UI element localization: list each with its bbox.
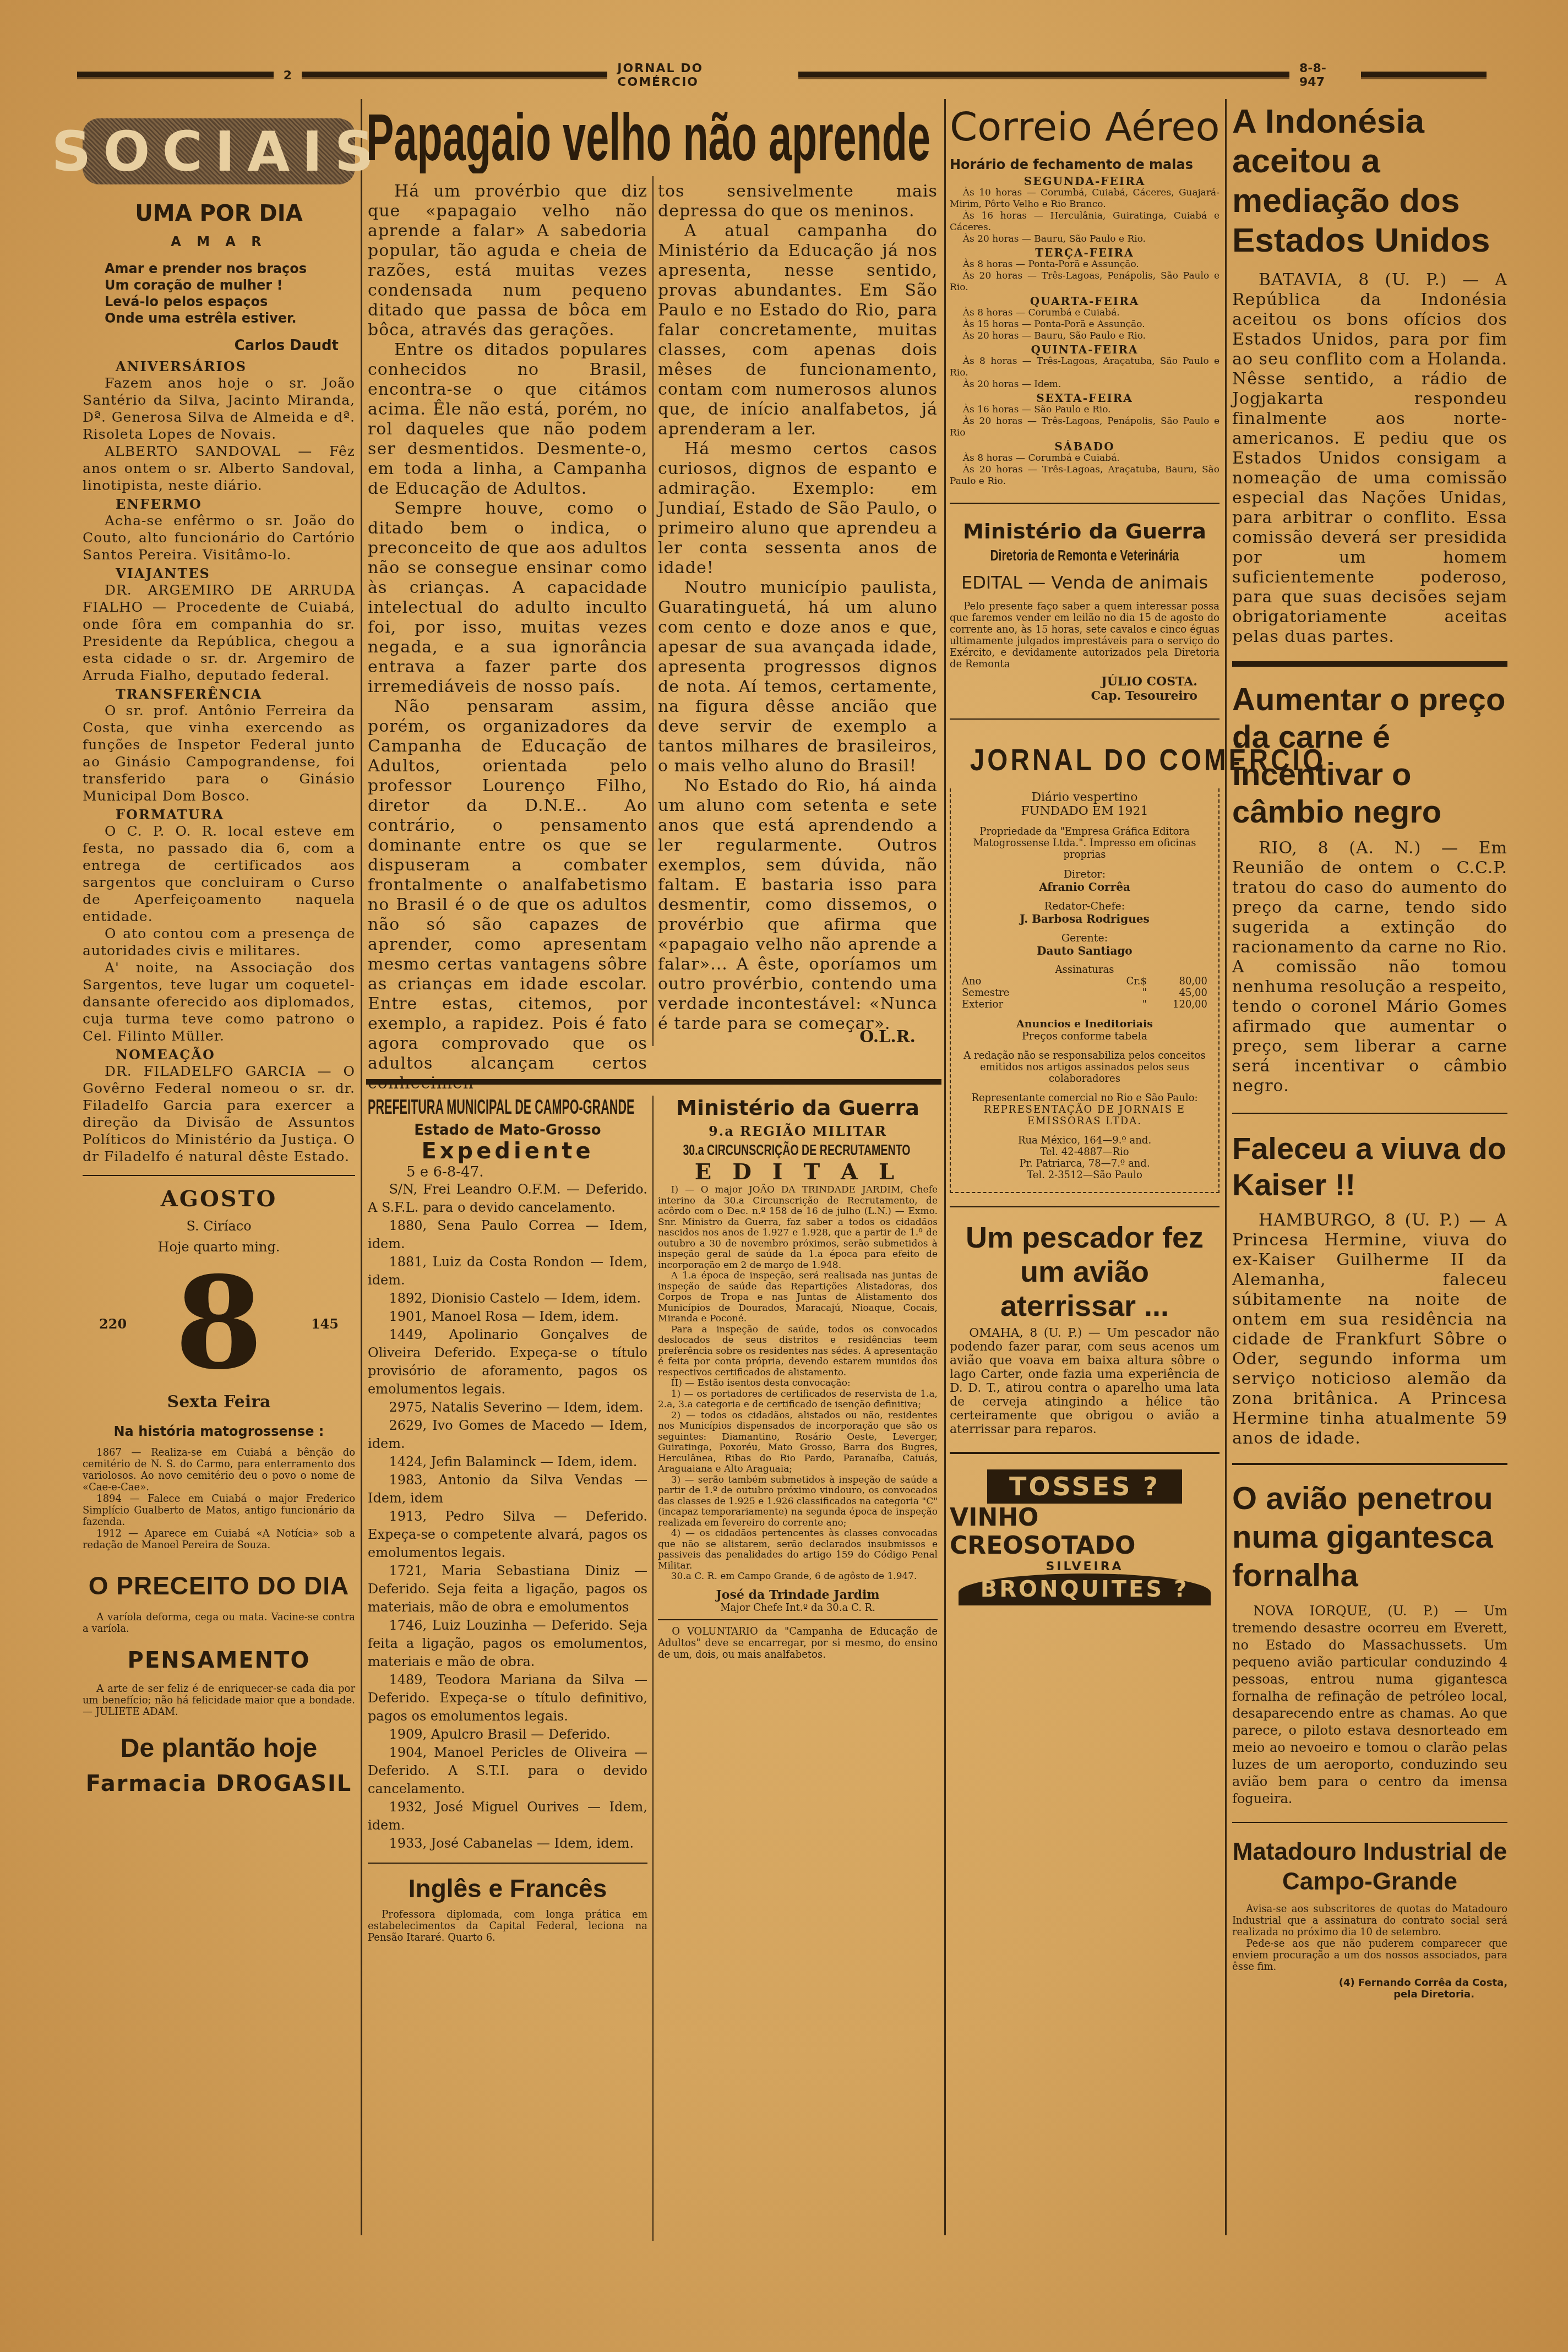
address-line: Rua México, 164—9.º and. [962, 1135, 1207, 1146]
subs-title: Assinaturas [962, 964, 1207, 976]
pensamento-body: A arte de ser feliz é de enriquecer-se c… [83, 1683, 355, 1718]
history-item: 1867 — Realiza-se em Cuiabá a bênção do … [83, 1447, 355, 1493]
section-heading: VIAJANTES [116, 565, 355, 581]
masthead-rule [77, 72, 274, 79]
column-rule [652, 176, 654, 1046]
subs-currency: " [1103, 987, 1147, 999]
calendar-right-num: 145 [311, 1316, 339, 1332]
calendar-saint: S. Ciríaco [83, 1218, 355, 1234]
remonta-text: Pelo presente faço saber a quem interess… [950, 601, 1219, 670]
disclaimer: A redação não se responsabiliza pelos co… [962, 1050, 1207, 1085]
subs-price: 45,00 [1147, 987, 1207, 999]
poem-author: Carlos Daudt [83, 337, 339, 354]
paragraph: II) — Estão isentos desta convocação: [658, 1378, 938, 1389]
paragraph: A 1.a época de inspeção, será realisada … [658, 1271, 938, 1325]
schedule-day: SEXTA-FEIRA [950, 393, 1219, 404]
expediente-founded: FUNDADO EM 1921 [962, 804, 1207, 818]
expediente-staff: Diretor:Afranio CorrêaRedator-Chefe:J. B… [962, 868, 1207, 957]
plantao-title: De plantão hoje [83, 1733, 355, 1763]
divider [950, 503, 1219, 504]
expediente-entry: 2629, Ivo Gomes de Macedo — Idem, idem. [368, 1417, 647, 1453]
recrutamento-circ: 30.a CIRCUNSCRIÇÃO DE RECRUTAMENTO [658, 1141, 935, 1159]
prefeitura-title: Expediente [368, 1139, 647, 1164]
expediente-entry: S/N, Frei Leandro O.F.M. — Deferido. A S… [368, 1180, 647, 1217]
pensamento-text: A arte de ser feliz é de enriquecer-se c… [83, 1683, 355, 1718]
address-line: Tel. 2-3512—São Paulo [962, 1169, 1207, 1181]
correio-schedule: SEGUNDA-FEIRAÀs 10 horas — Corumbá, Cuia… [950, 176, 1219, 487]
kaiser-headline: Faleceu a viuva do Kaiser !! [1232, 1130, 1507, 1203]
schedule-line: Às 8 horas — Corumbá e Cuiabá. [950, 307, 1219, 319]
divider [658, 1619, 938, 1620]
creosotado-ad: TOSSES ? VINHO CREOSOTADO SILVEIRA BRONQ… [950, 1469, 1219, 1605]
carne-body: RIO, 8 (A. N.) — Em Reunião de ontem o C… [1232, 839, 1507, 1096]
schedule-line: Às 20 horas — Três-Lagoas, Penápolis, Sã… [950, 270, 1219, 293]
expediente-entry: 1746, Luiz Louzinha — Deferido. Seja fei… [368, 1616, 647, 1671]
calendar-left-num: 220 [99, 1316, 127, 1332]
expediente-entry: 1721, Maria Sebastiana Diniz — Deferido.… [368, 1562, 647, 1616]
recrutamento-region: 9.a REGIÃO MILITAR [658, 1123, 938, 1139]
expediente-paper-title: JORNAL DO COMÉRCIO [970, 742, 1200, 777]
masthead: 2 JORNAL DO COMÉRCIO 8-8-947 [77, 67, 1487, 84]
subs-label: Exterior [962, 999, 1103, 1010]
section-body: DR. FILADELFO GARCIA — O Govêrno Federal… [83, 1063, 355, 1165]
expediente-entry: 1913, Pedro Silva — Deferido. Expeça-se … [368, 1507, 647, 1562]
prefeitura-section: PREFEITURA MUNICIPAL DE CAMPO-GRANDE Est… [368, 1096, 647, 1943]
expediente-box: Diário vespertino FUNDADO EM 1921 Propri… [950, 788, 1219, 1193]
schedule-line: Às 8 horas — Ponta-Porã e Assunção. [950, 259, 1219, 270]
pescador-headline: Um pescador fez um avião aterrissar ... [950, 1221, 1219, 1323]
divider [950, 718, 1219, 720]
section-heading: TRANSFERÊNCIA [116, 686, 355, 702]
remonta-signer-title: Cap. Tesoureiro [950, 689, 1197, 703]
paper-name: JORNAL DO COMÉRCIO [617, 62, 788, 89]
subs-price: 120,00 [1147, 999, 1207, 1010]
voluntario-body: O VOLUNTARIO da "Campanha de Educação de… [658, 1626, 938, 1660]
section-body: O C. P. O. R. local esteve em festa, no … [83, 823, 355, 1044]
papagaio-signature: O.L.R. [658, 1027, 938, 1047]
recrutamento-edital: E D I T A L [658, 1159, 938, 1185]
ads-title: Anuncios e Ineditoriais [962, 1018, 1207, 1030]
divider [1232, 1822, 1507, 1823]
recrutamento-signer: José da Trindade Jardim [658, 1588, 938, 1602]
page-number: 2 [284, 69, 292, 83]
ingles-title: Inglês e Francês [368, 1874, 647, 1903]
preceito-title: O PRECEITO DO DIA [83, 1571, 355, 1600]
aviao-headline: O avião penetrou numa gigantesca fornalh… [1232, 1479, 1507, 1595]
subs-row: Exterior"120,00 [962, 999, 1207, 1010]
paragraph: Sempre houve, como o ditado bem o indica… [368, 499, 647, 697]
schedule-line: Às 20 horas — Três-Lagoas, Araçatuba, Ba… [950, 464, 1219, 487]
matadouro-headline: Matadouro Industrial de Campo-Grande [1232, 1837, 1507, 1897]
column-rule [944, 99, 946, 2235]
divider [1232, 661, 1507, 667]
paragraph: A' noite, na Associação dos Sargentos, t… [83, 959, 355, 1044]
column-rule [361, 99, 362, 2235]
paragraph: I) — O major JOÃO DA TRINDADE JARDIM, Ch… [658, 1185, 938, 1271]
subs-price: 80,00 [1147, 976, 1207, 987]
ad-brand: VINHO CREOSOTADO [950, 1504, 1219, 1560]
paragraph: Para a inspeção de saúde, todos os convo… [658, 1325, 938, 1379]
paragraph: Acha-se enfêrmo o sr. João do Couto, alt… [83, 512, 355, 563]
expediente-entry: 2975, Natalis Severino — Idem, idem. [368, 1398, 647, 1417]
poem-line: Onde uma estrêla estiver. [105, 310, 355, 326]
recrutamento-signer-title: Major Chefe Int.º da 30.a C. R. [658, 1602, 938, 1614]
staff-name: J. Barbosa Rodrigues [962, 912, 1207, 925]
schedule-day: QUARTA-FEIRA [950, 296, 1219, 307]
right-column: A Indonésia aceitou a mediação dos Estad… [1232, 102, 1507, 2000]
divider [366, 1079, 941, 1085]
expediente-entry: 1449, Apolinario Gonçalves de Oliveira D… [368, 1326, 647, 1398]
subs-row: Semestre"45,00 [962, 987, 1207, 999]
sociais-banner: SOCIAIS [83, 118, 355, 184]
expediente-entry: 1904, Manoel Pericles de Oliveira — Defe… [368, 1744, 647, 1798]
section-heading: FORMATURA [116, 807, 355, 823]
remonta-edital: EDITAL — Venda de animais [950, 572, 1219, 593]
paragraph: DR. ARGEMIRO DE ARRUDA FIALHO — Proceden… [83, 581, 355, 684]
staff-role: Redator-Chefe: [962, 900, 1207, 912]
expediente-entry: 1880, Sena Paulo Correa — Idem, idem. [368, 1217, 647, 1253]
pescador-body: OMAHA, 8 (U. P.) — Um pescador não poden… [950, 1326, 1219, 1436]
paragraph: O C. P. O. R. local esteve em festa, no … [83, 823, 355, 925]
poem-line: Levá-lo pelos espaços [105, 293, 355, 310]
matadouro-text: Avisa-se aos subscritores de quotas do M… [1232, 1903, 1507, 1973]
remonta-signer: JÚLIO COSTA. [950, 674, 1197, 689]
schedule-line: Às 16 horas — São Paulo e Rio. [950, 404, 1219, 416]
correio-column: Correio Aéreo Horário de fechamento de m… [950, 102, 1219, 1605]
masthead-rule [302, 72, 607, 79]
papagaio-column-a: Há um provérbio que diz que «papagaio ve… [368, 182, 647, 1093]
paragraph: 2) — todos os cidadãos, alistados ou não… [658, 1411, 938, 1475]
calendar-weekday: Sexta Feira [83, 1392, 355, 1412]
kaiser-body: HAMBURGO, 8 (U. P.) — A Princesa Hermine… [1232, 1211, 1507, 1449]
paragraph: ALBERTO SANDOVAL — Fêz anos ontem o sr. … [83, 443, 355, 494]
divider [950, 1452, 1219, 1454]
matadouro-signer: (4) Fernando Corrêa da Costa, [1232, 1977, 1507, 1989]
history-item: 1894 — Falece em Cuiabá o major Frederic… [83, 1493, 355, 1528]
prefeitura-header: PREFEITURA MUNICIPAL DE CAMPO-GRANDE [368, 1096, 649, 1119]
prefeitura-state: Estado de Mato-Grosso [368, 1122, 647, 1139]
poem-title: UMA POR DIA [83, 201, 355, 226]
section-body: Acha-se enfêrmo o sr. João do Couto, alt… [83, 512, 355, 563]
staff-name: Afranio Corrêa [962, 880, 1207, 894]
expediente-entry: 1933, José Cabanelas — Idem, idem. [368, 1834, 647, 1853]
preceito-text: A varíola deforma, cega ou mata. Vacine-… [83, 1611, 355, 1635]
calendar-day-row: 220 8 145 [83, 1255, 355, 1392]
expediente-entry: 1892, Dionisio Castelo — Idem, idem. [368, 1289, 647, 1308]
history-list: 1867 — Realiza-se em Cuiabá a bênção do … [83, 1447, 355, 1551]
schedule-line: Às 20 horas — Bauru, São Paulo e Rio. [950, 233, 1219, 245]
divider [1232, 1463, 1507, 1465]
paragraph: Há um provérbio que diz que «papagaio ve… [368, 182, 647, 340]
ad-maker: SILVEIRA [1046, 1560, 1123, 1574]
subs-label: Semestre [962, 987, 1103, 999]
expediente-entry: 1983, Antonio da Silva Vendas — Idem, id… [368, 1471, 647, 1507]
schedule-line: Às 16 horas — Herculânia, Guiratinga, Cu… [950, 210, 1219, 233]
ingles-body: Professora diplomada, com longa prática … [368, 1909, 647, 1943]
schedule-day: QUINTA-FEIRA [950, 344, 1219, 356]
indonesia-headline: A Indonésia aceitou a mediação dos Estad… [1232, 102, 1507, 260]
paragraph: A atual campanha do Ministério da Educaç… [658, 221, 938, 439]
column-rule [1225, 99, 1227, 2235]
correio-subtitle: Horário de fechamento de malas [950, 157, 1219, 172]
recrutamento-ministry: Ministério da Guerra [658, 1096, 938, 1120]
expediente-entry: 1909, Apulcro Brasil — Deferido. [368, 1725, 647, 1744]
schedule-line: Às 8 horas — Corumbá e Cuiabá. [950, 453, 1219, 464]
ad-top: TOSSES ? [987, 1469, 1182, 1504]
schedule-day: SEGUNDA-FEIRA [950, 176, 1219, 187]
section-body: DR. ARGEMIRO DE ARRUDA FIALHO — Proceden… [83, 581, 355, 684]
schedule-line: Às 20 horas — Idem. [950, 379, 1219, 390]
section-body: Fazem anos hoje o sr. João Santério da S… [83, 374, 355, 494]
indonesia-text: BATAVIA, 8 (U. P.) — A República da Indo… [1232, 270, 1507, 647]
paragraph: 3) — serão também submetidos à inspeção … [658, 1475, 938, 1529]
calendar-day: 8 [175, 1255, 263, 1392]
aviao-body: NOVA IORQUE, (U. P.) — Um tremendo desas… [1232, 1603, 1507, 1807]
schedule-line: Às 20 horas — Bauru, São Paulo e Rio. [950, 330, 1219, 342]
section-body: O sr. prof. Antônio Ferreira da Costa, q… [83, 702, 355, 804]
section-heading: NOMEAÇÃO [116, 1047, 355, 1063]
matadouro-signer-title: pela Diretoria. [1232, 1989, 1474, 2000]
recrutamento-section: Ministério da Guerra 9.a REGIÃO MILITAR … [658, 1096, 938, 1660]
masthead-rule [1361, 72, 1487, 79]
subs-row: AnoCr.$80,00 [962, 976, 1207, 987]
expediente-entry: 1932, José Miguel Ourives — Idem, idem. [368, 1798, 647, 1834]
schedule-day: SÁBADO [950, 441, 1219, 453]
schedule-day: TERÇA-FEIRA [950, 247, 1219, 259]
staff-role: Gerente: [962, 932, 1207, 944]
masthead-rule [798, 72, 1289, 79]
newspaper-page: 2 JORNAL DO COMÉRCIO 8-8-947 SOCIAIS UMA… [0, 0, 1568, 2352]
paragraph: Não pensaram assim, porém, os organizado… [368, 697, 647, 1093]
pensamento-title: PENSAMENTO [83, 1648, 355, 1673]
paragraph: 1) — os portadores de certificados de re… [658, 1389, 938, 1411]
address-line: Tel. 42-4887—Rio [962, 1146, 1207, 1158]
paragraph: O sr. prof. Antônio Ferreira da Costa, q… [83, 702, 355, 804]
divider [950, 1206, 1219, 1207]
remonta-body: Pelo presente faço saber a quem interess… [950, 601, 1219, 670]
sociais-column: SOCIAIS UMA POR DIA A M A R Amar e prend… [83, 118, 355, 1796]
sociais-banner-text: SOCIAIS [51, 119, 386, 184]
schedule-line: Às 15 horas — Ponta-Porã e Assunção. [950, 319, 1219, 330]
subs-currency: Cr.$ [1103, 976, 1147, 987]
prefeitura-date: 5 e 6-8-47. [406, 1164, 647, 1180]
pescador-text: OMAHA, 8 (U. P.) — Um pescador não poden… [950, 1326, 1219, 1436]
expediente-entry: 1424, Jefin Balaminck — Idem, idem. [368, 1453, 647, 1471]
poem-subtitle: A M A R [83, 234, 355, 249]
carne-text: RIO, 8 (A. N.) — Em Reunião de ontem o C… [1232, 839, 1507, 1096]
paragraph: DR. FILADELFO GARCIA — O Govêrno Federal… [83, 1063, 355, 1165]
recrutamento-body: I) — O major JOÃO DA TRINDADE JARDIM, Ch… [658, 1185, 938, 1582]
rep-title: Representante comercial no Rio e São Pau… [962, 1092, 1207, 1104]
expediente-entry: 1881, Luiz da Costa Rondon — Idem, idem. [368, 1253, 647, 1289]
plantao-pharmacy: Farmacia DROGASIL [83, 1771, 355, 1796]
prefeitura-entries: S/N, Frei Leandro O.F.M. — Deferido. A S… [368, 1180, 647, 1853]
aviao-text: NOVA IORQUE, (U. P.) — Um tremendo desas… [1232, 1603, 1507, 1807]
expediente-ownership: Propriedade da "Empresa Gráfica Editora … [962, 826, 1207, 861]
voluntario-note: O VOLUNTARIO da "Campanha de Educação de… [658, 1626, 938, 1660]
paragraph: Pede-se aos que não puderem comparecer q… [1232, 1938, 1507, 1973]
issue-date: 8-8-947 [1299, 62, 1351, 89]
addresses: Rua México, 164—9.º and.Tel. 42-4887—Rio… [962, 1135, 1207, 1181]
subs-currency: " [1103, 999, 1147, 1010]
poem-line: Amar e prender nos braços [105, 260, 355, 277]
paragraph: Avisa-se aos subscritores de quotas do M… [1232, 1903, 1507, 1938]
remonta-subtitle: Diretoria de Remonta e Veterinária [983, 547, 1186, 564]
papagaio-headline-wrap: Papagaio velho não aprende a falar? [366, 102, 941, 173]
divider [1232, 1113, 1507, 1114]
subs-table: AnoCr.$80,00Semestre"45,00Exterior"120,0… [962, 976, 1207, 1010]
remonta-title: Ministério da Guerra [950, 519, 1219, 543]
paragraph: 4) — os cidadãos pertencentes às classes… [658, 1528, 938, 1571]
sociais-sections: ANIVERSÁRIOSFazem anos hoje o sr. João S… [83, 358, 355, 1165]
section-heading: ENFERMO [116, 496, 355, 512]
ads-sub: Preços conforme tabela [962, 1030, 1207, 1042]
history-title: Na história matogrossense : [83, 1424, 355, 1439]
papagaio-headline: Papagaio velho não aprende a falar? [366, 102, 728, 173]
schedule-line: Às 20 horas — Três-Lagoas, Penápolis, Sã… [950, 416, 1219, 439]
paragraph: Fazem anos hoje o sr. João Santério da S… [83, 374, 355, 443]
expediente-entry: 1901, Manoel Rosa — Idem, idem. [368, 1308, 647, 1326]
schedule-line: Às 8 horas — Três-Lagoas, Araçatuba, São… [950, 356, 1219, 379]
history-item: 1912 — Aparece em Cuiabá «A Notícia» sob… [83, 1528, 355, 1551]
poem-line: Um coração de mulher ! [105, 277, 355, 293]
correio-title: Correio Aéreo [950, 102, 1219, 151]
address-line: Pr. Patriarca, 78—7.º and. [962, 1158, 1207, 1169]
carne-headline: Aumentar o preço da carne é incentivar o… [1232, 681, 1507, 831]
expediente-entry: 1489, Teodora Mariana da Silva — Deferid… [368, 1671, 647, 1725]
poem-lines: Amar e prender nos braçosUm coração de m… [105, 260, 355, 326]
divider [368, 1863, 647, 1864]
staff-role: Diretor: [962, 868, 1207, 880]
paragraph: 30.a C. R. em Campo Grande, 6 de agôsto … [658, 1571, 938, 1582]
kaiser-text: HAMBURGO, 8 (U. P.) — A Princesa Hermine… [1232, 1211, 1507, 1449]
ingles-text: Professora diplomada, com longa prática … [368, 1909, 647, 1943]
paragraph: Entre os ditados populares conhecidos no… [368, 340, 647, 499]
expediente-tagline: Diário vespertino [962, 791, 1207, 804]
rep-name: REPRESENTAÇÃO DE JORNAIS E EMISSORAS LTD… [962, 1104, 1207, 1127]
calendar-month: AGOSTO [83, 1186, 355, 1212]
staff-name: Dauto Santiago [962, 944, 1207, 957]
preceito-body: A varíola deforma, cega ou mata. Vacine-… [83, 1611, 355, 1635]
paragraph: Noutro município paulista, Guaratinguetá… [658, 578, 938, 776]
indonesia-body: BATAVIA, 8 (U. P.) — A República da Indo… [1232, 270, 1507, 647]
subs-label: Ano [962, 976, 1103, 987]
paragraph: tos sensivelmente mais depressa do que o… [658, 182, 938, 221]
paragraph: Há mesmo certos casos curiosos, dignos d… [658, 439, 938, 578]
ad-bottom: BRONQUITES ? [959, 1574, 1211, 1605]
divider [83, 1175, 355, 1176]
column-rule [652, 1096, 654, 2241]
papagaio-column-b: tos sensivelmente mais depressa do que o… [658, 182, 938, 1034]
paragraph: No Estado do Rio, há ainda um aluno com … [658, 776, 938, 1034]
paragraph: O ato contou com a presença de autoridad… [83, 925, 355, 959]
section-heading: ANIVERSÁRIOS [116, 358, 355, 374]
schedule-line: Às 10 horas — Corumbá, Cuiabá, Cáceres, … [950, 187, 1219, 210]
